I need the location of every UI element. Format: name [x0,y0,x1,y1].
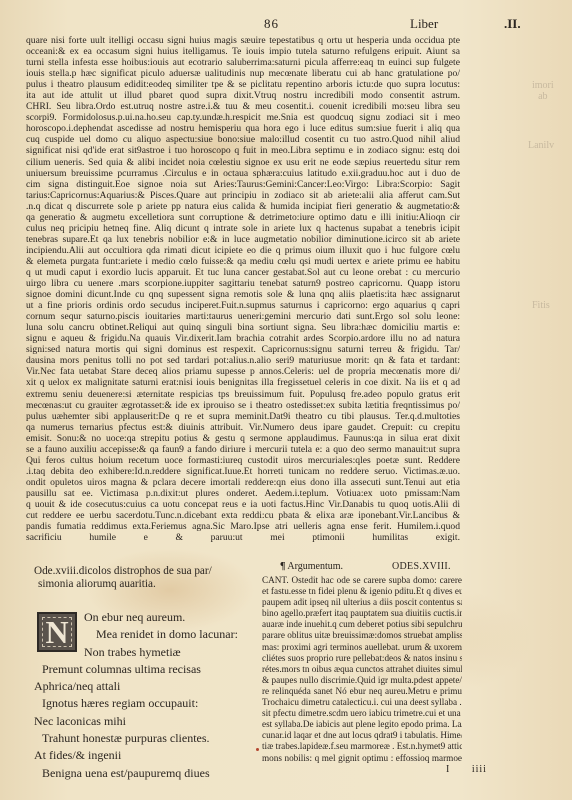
folio-number: 86 [264,16,279,32]
commentary-line: cuq cuspide uel domo cu aliquo aspectu:s… [26,134,460,145]
argument-line: CANT. Ostedit hac ode se carere supba do… [262,575,462,586]
argument-line: parare oblitus uitæ breuissimæ:domos str… [262,630,462,641]
argument-line: re relinquéda sanet Nó ebur neq aureu.Me… [262,686,462,697]
ode-column: Ode.xviii.dicolos distrophos de sua par/… [34,565,264,782]
commentary-block: quare nisi forte uult itelligi occasu si… [26,35,460,543]
argument-line: rétes.mors tn oibus æqua cunctos attrahe… [262,664,462,675]
commentary-line: qa numerus ternarius pfectus est:& diuin… [26,422,460,433]
commentary-line: sacrificiu humile e & paruu:ut mei ptimo… [26,532,460,543]
argument-line: auaræ inde inuehit.q cum deberet potius … [262,619,462,630]
commentary-line: turni stella infesta esse hoibus:iouis a… [26,57,460,68]
argument-text: CANT. Ostedit hac ode se carere supba do… [262,575,462,764]
commentary-line: q ut mudi caput i exordio lucis apparuit… [26,267,460,278]
commentary-line: horoscopo.i.dephendat ascedisse ad nostr… [26,123,460,134]
commentary-line: signoe domini dicunt.Inde cu qnq supesse… [26,289,460,300]
commentary-line: xit q uelox ex malignitate saturni erat:… [26,377,460,388]
commentary-line: pausillu sat ee. Victimasa p.n.dixit:ut … [26,488,460,499]
argument-line: Trochaicu dimetru catalecticu.i. cui una… [262,697,462,708]
argument-heading: ¶Argumentum. ODES.XVIII. [262,561,462,573]
commentary-line: Qui feros cultus hoium recetum uoce form… [26,455,460,466]
commentary-line: culus neq pricipiu hetneq fine. Aliq dic… [26,223,460,234]
argument-line: et fastu.esse tn fidei plenu & igenio pd… [262,586,462,597]
commentary-line: scorpi9. Formidolosus.p.ui.na.ho.seu cap… [26,112,460,123]
commentary-line: tenebras supare.Et qa lux tenebris nobil… [26,234,460,245]
commentary-line: signi:sed natura mortis qui signi dominu… [26,344,460,355]
ode-title: Ode.xviii.dicolos distrophos de sua par/… [34,565,264,591]
signature-number: iiii [472,764,487,775]
commentary-line: cim signa distinguit.Eoe signoe noia sut… [26,179,460,190]
ode-verses: N On ebur neq aureum. Mea renidet in dom… [34,609,264,782]
commentary-line: uirgo libra cu uenere .mars scorpione.iu… [26,278,460,289]
show-through-line: ab [532,91,554,102]
argument-label: ¶Argumentum. [280,561,343,572]
commentary-line: ondit opuletos uiros magna & pclara dece… [26,477,460,488]
verse-line: Benigna uena est/paupuremq diues [34,765,264,782]
show-through-text: Lanilv [528,140,554,151]
verse-line: At fides/& ingenii [34,747,264,764]
argument-line: est syllaba.De iabicis aut plene legito … [262,719,462,730]
commentary-line: .n.q dicat q discurrete sole p ariete pp… [26,201,460,212]
commentary-line: pulus uæhemter sibi applauserit:De q re … [26,411,460,422]
argument-line: cliétes suos proprio rure pellebat:deos … [262,653,462,664]
drop-cap-letter: N [42,617,72,647]
commentary-line: cornum sequr saturno.piscis iouitaries m… [26,311,460,322]
verse-line: Ignotus hæres regiam occupauit: [34,695,264,712]
argument-line: bino agello.præfert itaq pauptatem sua d… [262,608,462,619]
book-number: .II. [504,16,521,32]
show-through-text: imori ab [532,80,554,102]
commentary-line: ut a fine prioris ordinis ordo secudus i… [26,300,460,311]
show-through-line: Lanilv [528,140,554,151]
book-page: 86 Liber .II. imori ab Lanilv Fitis quar… [0,0,572,800]
argument-column: ¶Argumentum. ODES.XVIII. CANT. Ostedit h… [262,561,462,764]
commentary-line: extremu seniu deuenere:si æternitate res… [26,389,460,400]
commentary-line: dausina mors penitus tolli no pot sed ta… [26,355,460,366]
commentary-line: quare nisi forte uult itelligi occasu si… [26,35,460,46]
commentary-line: se a fauno auxiliu accepisse:& qa faun9 … [26,444,460,455]
argument-line: tiæ trabes.lapideæ.f.seu marmoreæ . Est.… [262,741,462,752]
verse-line: Aphrica/neq attali [34,678,264,695]
verse-line: Nec laconicas mihi [34,713,264,730]
verse-line: Trahunt honestæ purpuras clientes. [34,730,264,747]
argument-line: mas: proximi agri terminos auellebat. ur… [262,642,462,653]
argument-line: sit pfectu dimetre.scdm uero iabicu trim… [262,708,462,719]
commentary-line: uniuersum breuissime pcurramus .Circulus… [26,168,460,179]
running-head: Liber [410,16,438,32]
argument-line: & paupes nullo discrimie.Quid igr multa.… [262,675,462,686]
show-through-text: Fitis [532,300,550,311]
commentary-line: & elemeta purgata funt:ariete i medio cœ… [26,256,460,267]
show-through-line: Fitis [532,300,550,311]
commentary-line: CHRI. Seu libra.Ordo est.utruq nostre as… [26,101,460,112]
commentary-line: incipiendu.Alii aut occultiora qda rimat… [26,245,460,256]
ode-number-label: ODES.XVIII. [392,561,451,572]
ode-title-line: simonia aliorumq auaritia. [34,578,264,591]
page-header: 86 Liber .II. [0,16,572,32]
commentary-line: cilium ueneris. Sed quia & alibi incidet… [26,157,460,168]
argument-heading-text: Argumentum. [287,561,343,572]
ink-speck [256,748,259,751]
signature-letter: I [446,764,450,775]
drop-cap-initial: N [37,612,77,652]
commentary-line: tarius:Capricornus:Aquarius:& Pisces.Qua… [26,190,460,201]
commentary-line: qa generatio & augmetu excelletiora sunt… [26,212,460,223]
show-through-line: imori [532,80,554,91]
commentary-line: ita aut ide attulit ut illud pbaret quod… [26,90,460,101]
commentary-line: emisit. Sonu:& no uoce:qa strepitu potiu… [26,433,460,444]
commentary-line: luna solu cancru obtinet.Reliqui aut qui… [26,322,460,333]
commentary-line: occeani:& ex ea occasum signi huius itel… [26,46,460,57]
ode-title-line: Ode.xviii.dicolos distrophos de sua par/ [34,565,212,577]
commentary-line: pandis fumatia reddimus exta.Feriemus ag… [26,521,460,532]
commentary-line: cut reddere ee uerbu sacerdotu.Tunc.n.di… [26,510,460,521]
commentary-line: pulus i theatro plausum edidit:eodeq sim… [26,79,460,90]
verse-line: Premunt columnas ultima recisas [34,661,264,678]
argument-line: mons nobilis: q mel gignit optimu : effo… [262,753,462,764]
argument-line: cunar.id laqar et dne aut locus qdrat9 i… [262,730,462,741]
argument-line: paupem adit ipseq nil ulterius a diis po… [262,597,462,608]
commentary-line: signu e aqueu & frigidu.Na quauis Vir.di… [26,333,460,344]
commentary-line: significat nisi qd'ide erat sit9astroe i… [26,145,460,156]
pilcrow-icon: ¶ [280,561,285,572]
commentary-line: mecœnas:ut cu grauiter ægrotasset:& ide … [26,400,460,411]
signature-mark: I iiii [446,764,487,775]
commentary-line: q uouit & ide cosecutus:cuius ca uotu co… [26,499,460,510]
commentary-line: .i.taq debita deo exhibere:Id.n.reddere … [26,466,460,477]
commentary-line: iouis stella.p hæc significat piculo adu… [26,68,460,79]
commentary-line: Vir.Nec fata uetabat Stare deceq alios p… [26,366,460,377]
